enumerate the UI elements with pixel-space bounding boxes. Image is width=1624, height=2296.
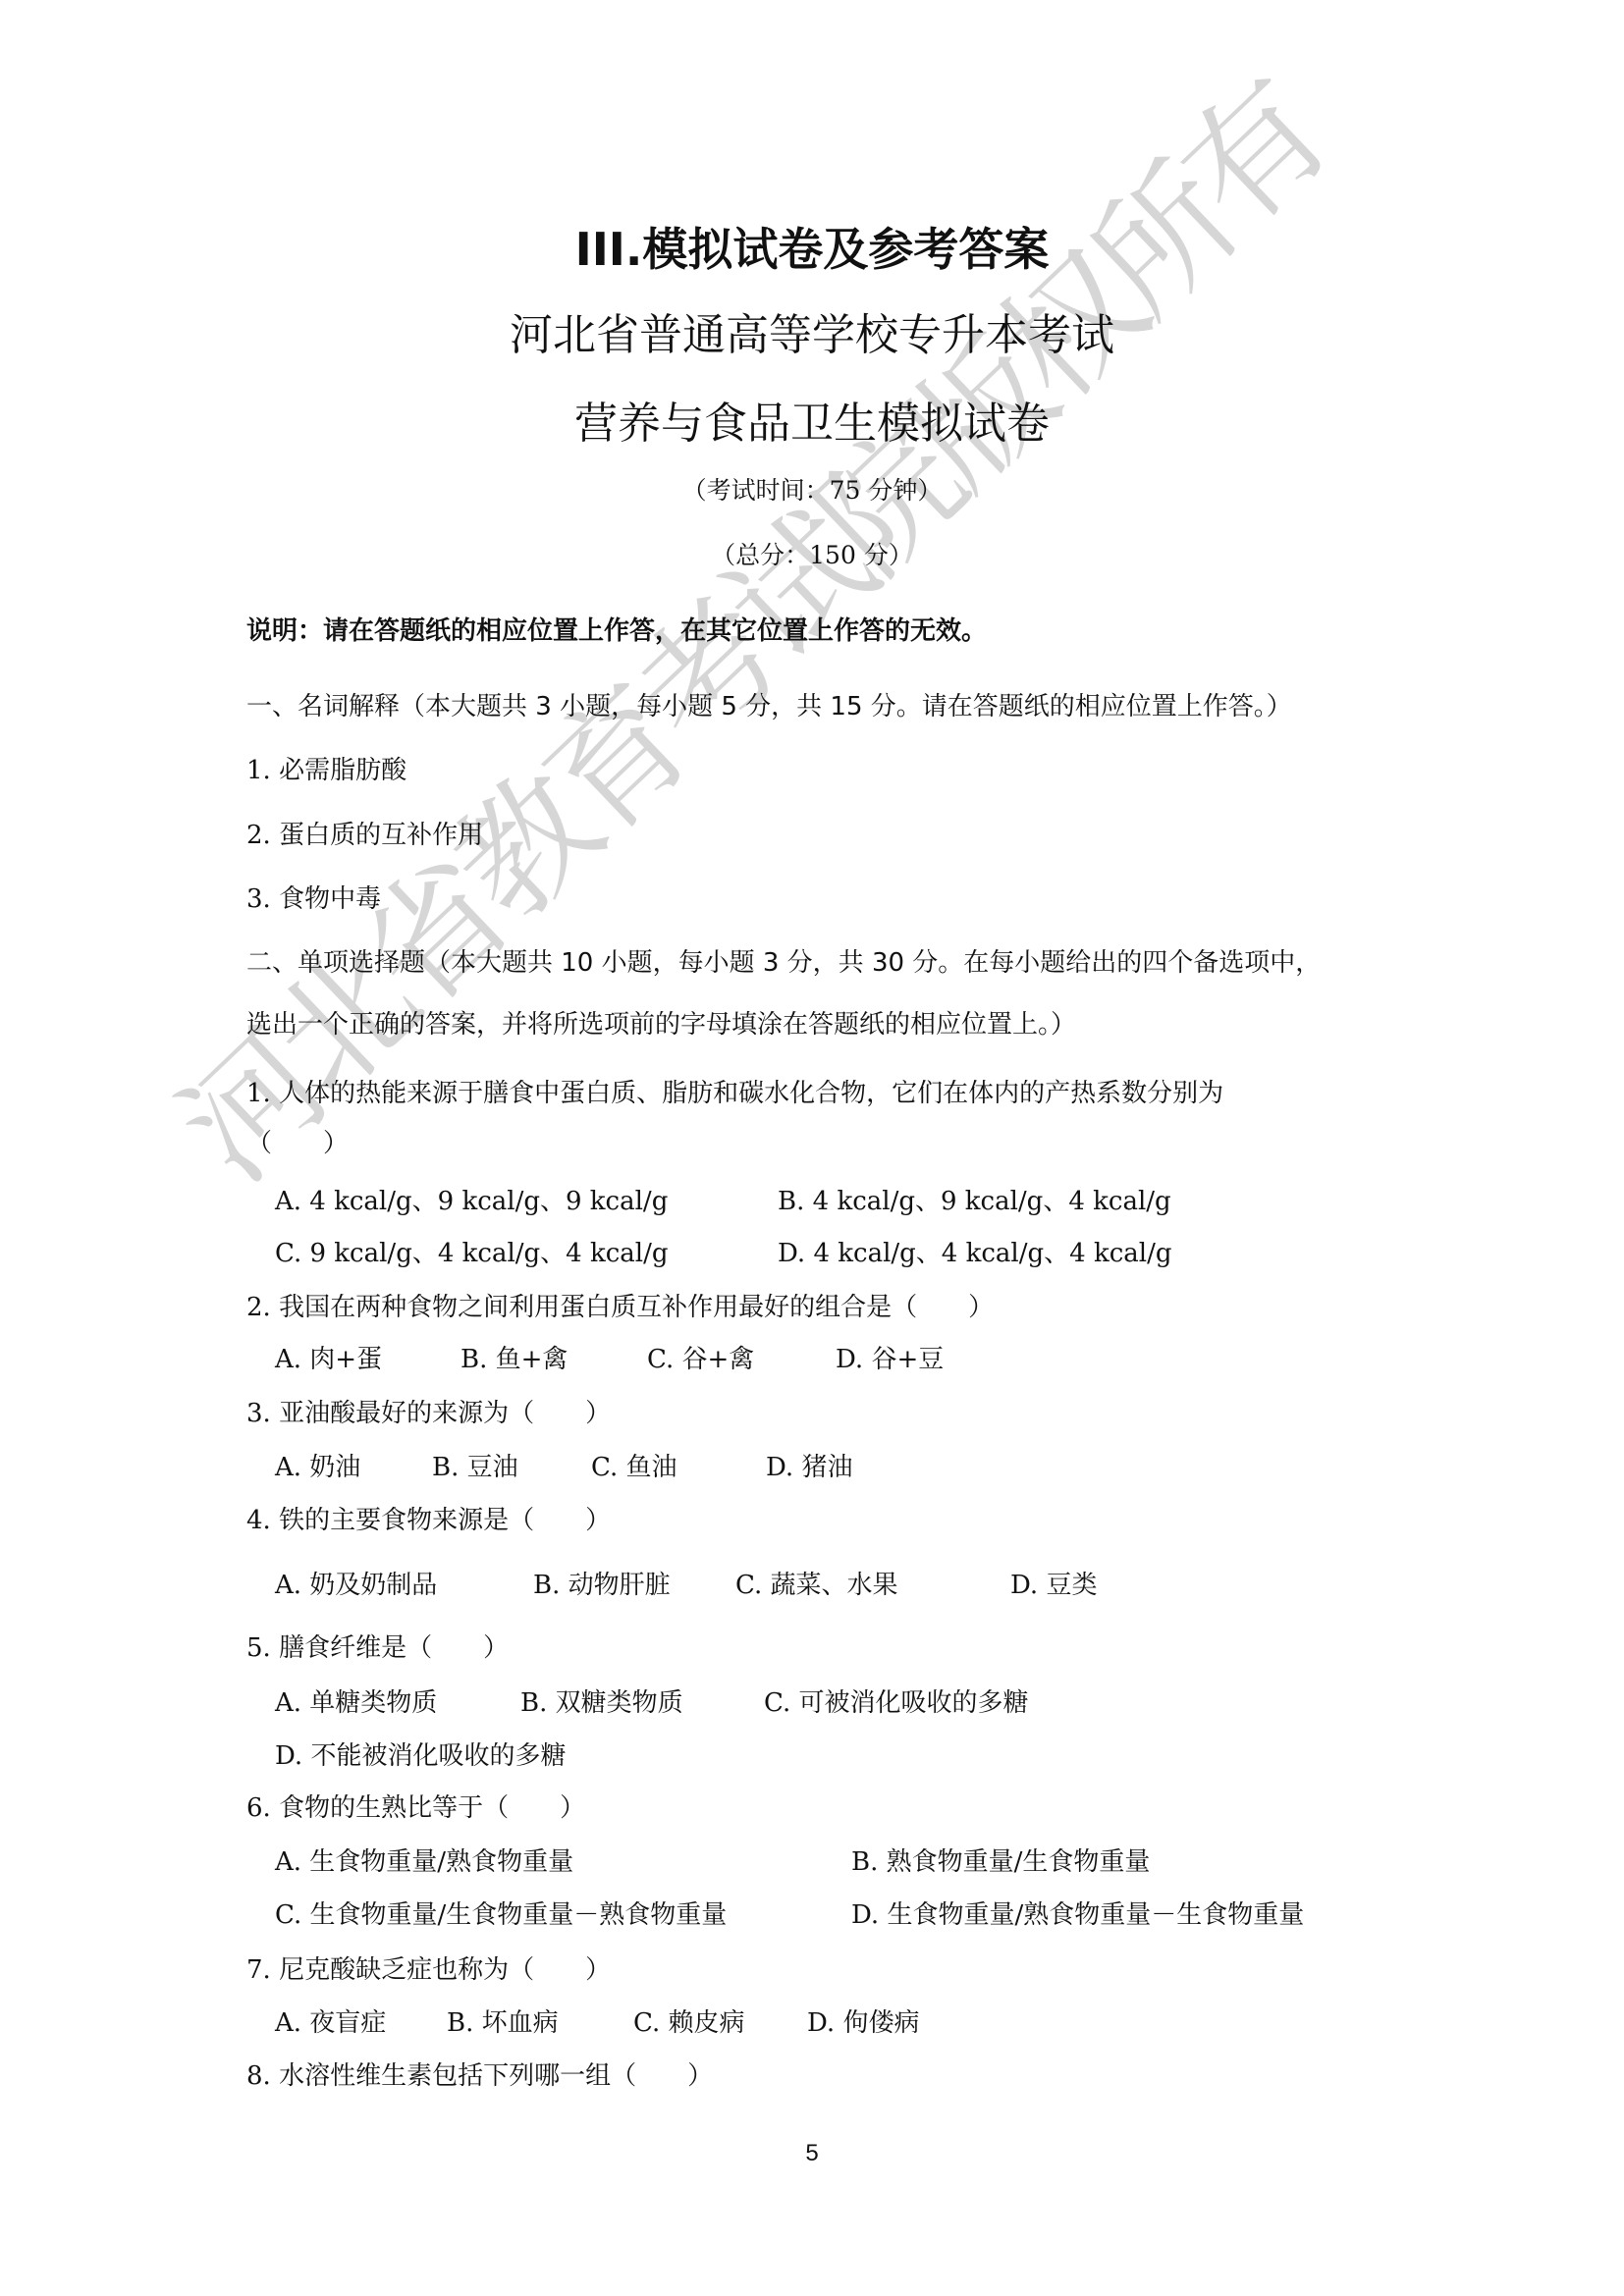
option-d: D. 生食物重量/熟食物重量－生食物重量: [851, 1895, 1304, 1931]
page-number: 5: [0, 2140, 1624, 2167]
option-a: A. 夜盲症: [275, 2002, 386, 2039]
option-a: A. 奶油: [275, 1447, 360, 1483]
option-d: D. 佝偻病: [807, 2002, 919, 2039]
paper-title: 营养与食品卫生模拟试卷: [0, 388, 1624, 451]
part1-heading: 一、名词解释（本大题共 3 小题，每小题 5 分，共 15 分。请在答题纸的相应…: [246, 686, 1292, 722]
option-b: B. 4 kcal/g、9 kcal/g、4 kcal/g: [778, 1181, 1171, 1217]
option-b: B. 双糖类物质: [520, 1682, 683, 1719]
option-c: C. 赖皮病: [633, 2002, 745, 2039]
option-a: A. 4 kcal/g、9 kcal/g、9 kcal/g: [275, 1181, 668, 1217]
section-title: III.模拟试卷及参考答案: [0, 214, 1624, 279]
option-b: B. 坏血病: [447, 2002, 559, 2039]
option-a: A. 奶及奶制品: [275, 1565, 437, 1601]
option-c: C. 生食物重量/生食物重量－熟食物重量: [275, 1895, 727, 1931]
option-a: A. 生食物重量/熟食物重量: [275, 1842, 573, 1878]
part2-heading-cont: 选出一个正确的答案，并将所选项前的字母填涂在答题纸的相应位置上。）: [246, 1004, 1076, 1041]
term-item: 2. 蛋白质的互补作用: [246, 815, 483, 851]
option-a: A. 单糖类物质: [275, 1682, 437, 1719]
exam-time: （考试时间：75 分钟）: [0, 471, 1624, 507]
option-d: D. 4 kcal/g、4 kcal/g、4 kcal/g: [778, 1233, 1171, 1269]
answer-blank: （ ）: [246, 1123, 349, 1159]
option-d: D. 谷+豆: [836, 1339, 944, 1375]
option-b: B. 豆油: [432, 1447, 518, 1483]
exam-name: 河北省普通高等学校专升本考试: [0, 299, 1624, 362]
term-item: 1. 必需脂肪酸: [246, 750, 406, 786]
term-item: 3. 食物中毒: [246, 879, 381, 915]
option-c: C. 谷+禽: [647, 1339, 754, 1375]
question-stem: 4. 铁的主要食物来源是（ ）: [246, 1500, 611, 1536]
option-c: C. 鱼油: [591, 1447, 677, 1483]
option-d: D. 不能被消化吸收的多糖: [275, 1735, 566, 1772]
option-b: B. 鱼+禽: [460, 1339, 568, 1375]
question-stem: 7. 尼克酸缺乏症也称为（ ）: [246, 1949, 611, 1986]
option-c: C. 9 kcal/g、4 kcal/g、4 kcal/g: [275, 1233, 669, 1269]
option-b: B. 动物肝脏: [533, 1565, 671, 1601]
question-stem: 8. 水溶性维生素包括下列哪一组（ ）: [246, 2056, 713, 2092]
option-c: C. 蔬菜、水果: [735, 1565, 898, 1601]
question-stem: 6. 食物的生熟比等于（ ）: [246, 1788, 585, 1824]
option-a: A. 肉+蛋: [275, 1339, 382, 1375]
question-stem: 3. 亚油酸最好的来源为（ ）: [246, 1393, 611, 1429]
option-d: D. 猪油: [766, 1447, 852, 1483]
part2-heading: 二、单项选择题（本大题共 10 小题，每小题 3 分，共 30 分。在每小题给出…: [246, 942, 1321, 979]
question-stem: 5. 膳食纤维是（ ）: [246, 1628, 509, 1664]
instructions: 说明：请在答题纸的相应位置上作答，在其它位置上作答的无效。: [246, 611, 987, 647]
total-score: （总分：150 分）: [0, 536, 1624, 571]
option-d: D. 豆类: [1010, 1565, 1097, 1601]
question-stem: 2. 我国在两种食物之间利用蛋白质互补作用最好的组合是（ ）: [246, 1287, 994, 1323]
option-c: C. 可被消化吸收的多糖: [764, 1682, 1029, 1719]
question-stem: 1. 人体的热能来源于膳食中蛋白质、脂肪和碳水化合物，它们在体内的产热系数分别为: [246, 1073, 1223, 1109]
option-b: B. 熟食物重量/生食物重量: [851, 1842, 1150, 1878]
